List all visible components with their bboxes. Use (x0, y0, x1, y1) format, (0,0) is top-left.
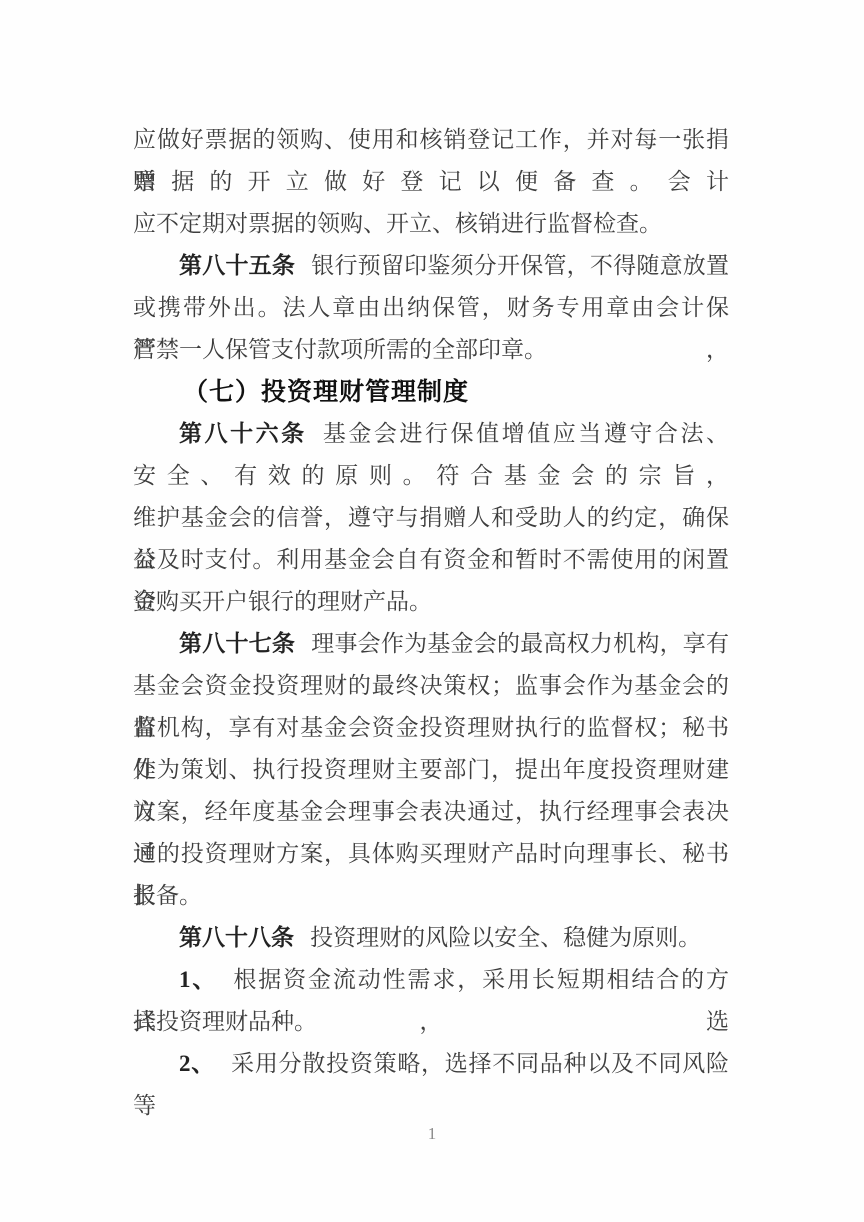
text-line: 应不定期对票据的领购、开立、核销进行监督检查。 (133, 203, 729, 245)
text-line: 1、根据资金流动性需求，采用长短期相结合的方式，选 (133, 959, 729, 1001)
article-number: 第八十六条 (179, 421, 307, 446)
list-number: 1、 (179, 967, 217, 992)
section-heading: （七）投资理财管理制度 (133, 371, 729, 413)
text-line: 益及时支付。利用基金会自有资金和暂时不需使用的闲置资 (133, 539, 729, 581)
line-text: 应不定期对票据的领购、开立、核销进行监督检查。 (133, 211, 662, 236)
text-line: 安全、有效的原则。符合基金会的宗旨， (133, 455, 729, 497)
line-text: 严禁一人保管支付款项所需的全部印章。 (133, 337, 547, 362)
text-line: 第八十八条投资理财的风险以安全、稳健为原则。 (133, 917, 729, 959)
text-line: 维护基金会的信誉，遵守与捐赠人和受助人的约定，确保公 (133, 497, 729, 539)
text-line: 2、采用分散投资策略，选择不同品种以及不同风险等 (133, 1043, 729, 1085)
heading-text: （七）投资理财管理制度 (183, 378, 469, 406)
text-line: 金购买开户银行的理财产品。 (133, 581, 729, 623)
text-line: 基金会资金投资理财的最终决策权；监事会作为基金会的监 (133, 665, 729, 707)
text-line: 作为策划、执行投资理财主要部门，提出年度投资理财建议 (133, 749, 729, 791)
line-text: 理事会作为基金会的最高权力机构，享有 (311, 631, 729, 656)
article-number: 第八十八条 (179, 925, 294, 950)
text-line: 方案，经年度基金会理事会表决通过，执行经理事会表决通 (133, 791, 729, 833)
text-line: 督机构，享有对基金会资金投资理财执行的监督权；秘书处 (133, 707, 729, 749)
text-line: 报备。 (133, 875, 729, 917)
text-line: 票据的开立做好登记以便备查。会计 (133, 161, 729, 203)
text-line: 过的投资理财方案，具体购买理财产品时向理事长、秘书长 (133, 833, 729, 875)
text-line: 第八十六条基金会进行保值增值应当遵守合法、 (133, 413, 729, 455)
text-line: 应做好票据的领购、使用和核销登记工作，并对每一张捐赠 (133, 119, 729, 161)
document-page: 应做好票据的领购、使用和核销登记工作，并对每一张捐赠 票据的开立做好登记以便备查… (0, 0, 864, 1222)
page-number: 1 (0, 1124, 864, 1144)
line-text: 票据的开立做好登记以便备查。会计 (133, 169, 729, 194)
line-text: 安全、有效的原则。符合基金会的宗旨， (133, 463, 729, 488)
line-text: 银行预留印鉴须分开保管，不得随意放置 (311, 253, 729, 278)
list-number: 2、 (179, 1051, 215, 1076)
line-text: 投资理财的风险以安全、稳健为原则。 (310, 925, 701, 950)
article-number: 第八十七条 (179, 631, 295, 656)
line-text: 基金会进行保值增值应当遵守合法、 (323, 421, 729, 446)
document-body: 应做好票据的领购、使用和核销登记工作，并对每一张捐赠 票据的开立做好登记以便备查… (133, 119, 729, 1085)
article-number: 第八十五条 (179, 253, 295, 278)
line-text: 采用分散投资策略，选择不同品种以及不同风险等 (133, 1051, 729, 1118)
line-text: 择投资理财品种。 (133, 1009, 317, 1034)
text-line: 第八十七条理事会作为基金会的最高权力机构，享有 (133, 623, 729, 665)
line-text: 报备。 (133, 883, 202, 908)
line-text: 金购买开户银行的理财产品。 (133, 589, 432, 614)
text-line: 第八十五条银行预留印鉴须分开保管，不得随意放置 (133, 245, 729, 287)
text-line: 或携带外出。法人章由出纳保管，财务专用章由会计保管， (133, 287, 729, 329)
